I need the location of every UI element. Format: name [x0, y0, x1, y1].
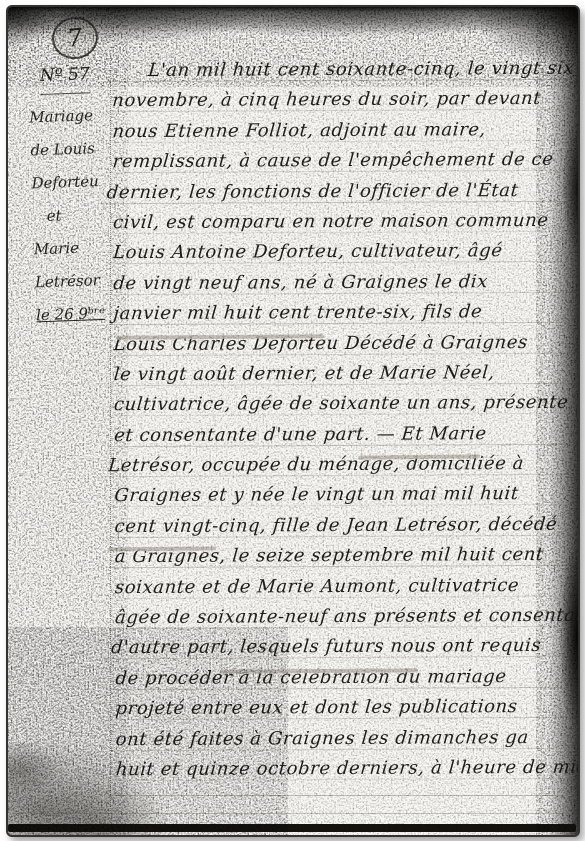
text-line: Louis Antoine Deforteu, cultivateur, âgé — [112, 236, 562, 269]
margin-note: Deforteu — [31, 165, 112, 201]
text-line: cultivatrice, âgée de soixante un ans, p… — [113, 388, 563, 421]
text-line: Louis Charles Deforteu Décédé à Graignes — [112, 327, 562, 360]
text-line: le vingt août dernier, et de Marie Néel, — [113, 358, 563, 391]
text-line: et consentante d'une part. — Et Marie — [113, 419, 563, 452]
text-line: soixante et de Marie Aumont, cultivatric… — [114, 570, 564, 603]
margin-annotation: Nº 57 Mariage de Louis Deforteu et Marie… — [27, 58, 116, 333]
ruled-line — [108, 795, 566, 796]
screenshot-root: 7 Nº 57 Mariage de Louis Deforteu et Mar… — [0, 0, 585, 841]
act-body-text: L'an mil huit cent soixante-cinq, le vin… — [112, 54, 564, 786]
text-line: novembre, à cinq heures du soir, par dev… — [111, 84, 561, 117]
text-line: âgée de soixante-neuf ans présents et co… — [114, 601, 564, 634]
text-line: d'autre part, lesquels futurs nous ont r… — [110, 631, 564, 664]
text-line: Graignes et y née le vingt un mai mil hu… — [113, 479, 563, 512]
text-line: huit et quinze octobre derniers, à l'heu… — [115, 753, 565, 786]
ruled-line — [12, 813, 568, 814]
text-line: janvier mil huit cent trente-six, fils d… — [112, 297, 562, 330]
text-line: L'an mil huit cent soixante-cinq, le vin… — [111, 54, 561, 87]
page-bottom-edge — [8, 824, 576, 832]
act-number: Nº 57 — [39, 58, 90, 95]
margin-note: Mariage — [29, 99, 110, 135]
text-line: civil, est comparu en notre maison commu… — [112, 206, 562, 239]
margin-note: de Louis — [30, 132, 111, 168]
text-line: de procéder à la célébration du mariage — [114, 662, 564, 695]
text-line: nous Etienne Folliot, adjoint au maire, — [111, 115, 561, 148]
page-number-text: 7 — [65, 23, 84, 53]
margin-note: Marie — [33, 231, 114, 267]
page-number-stamp: 7 — [49, 14, 100, 62]
text-line: ont été faites à Graignes les dimanches … — [114, 722, 564, 755]
text-line: projeté entre eux et dont les publicatio… — [114, 692, 564, 725]
text-line: à Graignes, le seize septembre mil huit … — [113, 540, 563, 573]
text-line: Letrésor, occupée du ménage, domiciliée … — [107, 449, 563, 482]
text-line: cent vingt-cinq, fille de Jean Letrésor,… — [113, 510, 563, 543]
margin-note: le 26 9ᵇʳᵉ — [36, 297, 117, 333]
text-line: remplissant, à cause de l'empêchement de… — [111, 145, 561, 178]
scanned-page: 7 Nº 57 Mariage de Louis Deforteu et Mar… — [6, 5, 580, 837]
margin-note: Letrésor — [34, 264, 115, 300]
text-line: dernier, les fonctions de l'officier de … — [106, 175, 562, 208]
text-line: de vingt neuf ans, né à Graignes le dix — [112, 267, 562, 300]
